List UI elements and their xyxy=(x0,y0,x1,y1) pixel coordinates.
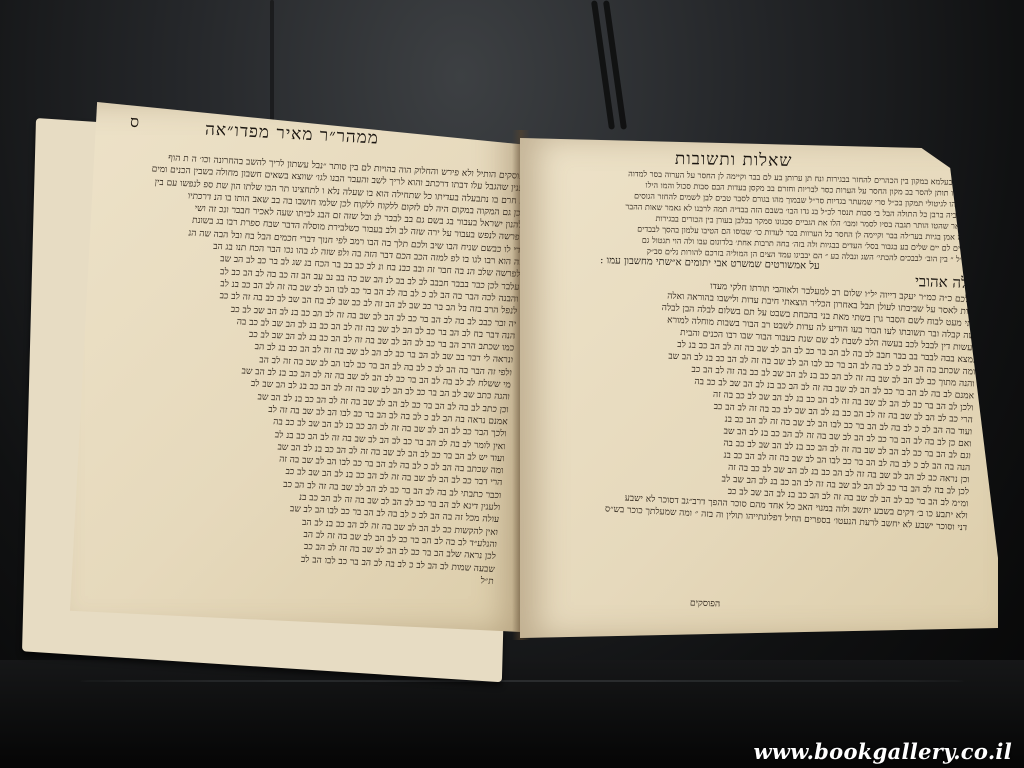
running-head: שאלות ותשובות xyxy=(675,149,793,171)
left-text-block: הפוסקים הותיל ולא פירש והחלוק הוה בהויות… xyxy=(90,150,522,624)
watermark: www.bookgallery.co.il xyxy=(754,739,1012,764)
running-head: ממהר״ר מאיר מפדו״אה xyxy=(205,119,380,148)
open-book: ס ממהר״ר מאיר מפדו״אה הפוסקים הותיל ולא … xyxy=(0,0,1024,768)
left-page: ס ממהר״ר מאיר מפדו״אה הפוסקים הותיל ולא … xyxy=(70,102,522,632)
opening-word: לה אהובי xyxy=(915,272,969,293)
right-page: שאלות ותשובות תם בו בעלמא במקון בין הכהר… xyxy=(520,138,998,638)
folio-number: ס xyxy=(129,112,139,132)
responsum-text-block: כתלכם כ״ה כמ״ר יעקב דייוה יל״ו שלום רב ל… xyxy=(565,274,980,585)
catchword: הפוסקים xyxy=(690,597,720,609)
